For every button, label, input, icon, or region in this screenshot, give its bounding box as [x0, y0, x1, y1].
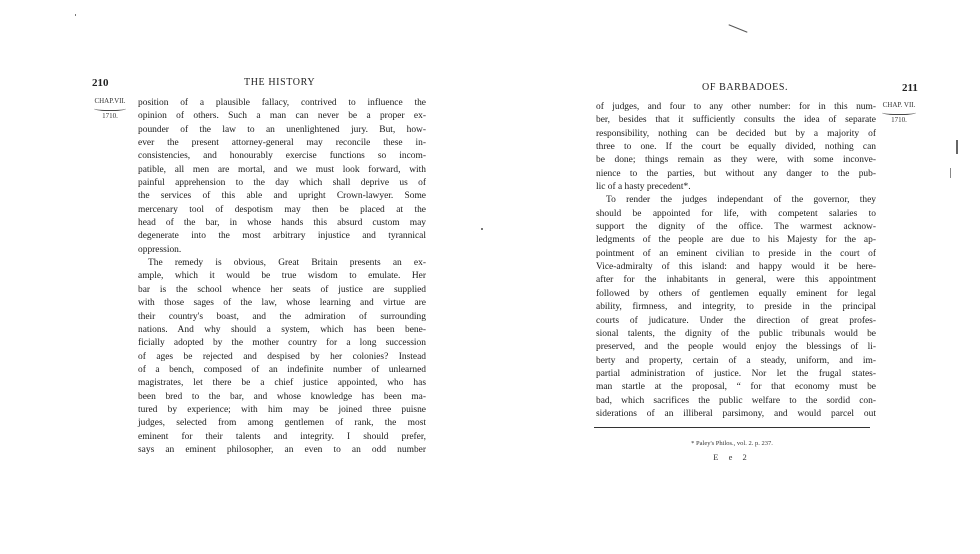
text-line: mercenary tool of despotism may then be … [138, 204, 426, 217]
text-line: bad, which sacrifices the public welfare… [596, 395, 876, 408]
text-line: oppression. [138, 244, 426, 257]
text-line: ample, which it would be true wisdom to … [138, 270, 426, 283]
text-line: consistencies, and honourably exercise f… [138, 150, 426, 163]
side-note-right: CHAP. VII. 1710. [878, 101, 920, 124]
running-head-left: THE HISTORY [244, 77, 315, 88]
text-line: pointment of an eminent civilian to pres… [596, 248, 876, 261]
chapter-label: CHAP. VII. [883, 101, 916, 109]
text-line: tured by experience; with him may be joi… [138, 404, 426, 417]
text-line: The remedy is obvious, Great Britain pre… [138, 257, 426, 270]
scan-speck [481, 228, 483, 230]
brace-decoration [882, 109, 916, 115]
text-line: berty and property, certain of a steady,… [596, 355, 876, 368]
text-line: magistrates, let there be a chief justic… [138, 377, 426, 390]
text-line: opinion of others. Such a man can never … [138, 110, 426, 123]
text-line: of ages be rejected and despised by her … [138, 351, 426, 364]
text-line: be done; things remain as they were, wit… [596, 154, 876, 167]
text-line: siderations of an illiberal parsimony, a… [596, 408, 876, 421]
text-line: responsibility, nothing can be decided b… [596, 128, 876, 141]
text-line: courts of judicature. Under the directio… [596, 315, 876, 328]
text-line: lic of a hasty precedent*. [596, 181, 876, 194]
text-line: head of the bar, in whose hands this abs… [138, 217, 426, 230]
text-line: the services of this able and upright Cr… [138, 190, 426, 203]
signature-mark: E e 2 [594, 452, 870, 462]
running-head-right: OF BARBADOES. [702, 82, 788, 93]
text-line: preserved, and the people would enjoy th… [596, 341, 876, 354]
left-page: 210 THE HISTORY CHAP.VII. 1710. position… [0, 0, 490, 554]
text-line: of a bench, composed of an indefinite nu… [138, 364, 426, 377]
text-line: eminent for their talents and integrity.… [138, 431, 426, 444]
text-line: three to one. If the court be equally di… [596, 141, 876, 154]
text-line: support the dignity of the office. The w… [596, 221, 876, 234]
text-line: sional talents, the dignity of the publi… [596, 328, 876, 341]
scan-speck [75, 14, 76, 16]
text-line: nations. And why should a system, which … [138, 324, 426, 337]
chapter-label: CHAP.VII. [94, 97, 125, 105]
text-line: judges, selected from among gentlemen of… [138, 417, 426, 430]
scan-mark [950, 168, 951, 178]
text-line: says an eminent philosopher, an even to … [138, 444, 426, 457]
side-note-left: CHAP.VII. 1710. [90, 97, 130, 120]
text-line: ability, firmness, and integrity, to pre… [596, 301, 876, 314]
footnote-rule [594, 427, 870, 428]
scan-mark [956, 140, 958, 154]
text-line: To render the judges independant of the … [596, 194, 876, 207]
text-line: ledgments of the people are due to his M… [596, 234, 876, 247]
text-line: patible, all men are mortal, and we must… [138, 164, 426, 177]
scan-mark [729, 24, 748, 32]
text-line: position of a plausible fallacy, contriv… [138, 97, 426, 110]
page-number-left: 210 [92, 77, 109, 89]
text-line: of judges, and four to any other number:… [596, 101, 876, 114]
text-line: ficially adopted by the mother country f… [138, 337, 426, 350]
text-line: painful apprehension to the day which sh… [138, 177, 426, 190]
year-label: 1710. [102, 112, 118, 120]
text-line: nience to the parties, but without any d… [596, 168, 876, 181]
text-line: their country's boast, and the admiratio… [138, 311, 426, 324]
text-line: degenerate into the most arbitrary injus… [138, 230, 426, 243]
text-line: been bred to the bar, and whose knowledg… [138, 391, 426, 404]
text-line: followed by others of gentlemen equally … [596, 288, 876, 301]
text-line: Vice-admiralty of this island: and happy… [596, 261, 876, 274]
body-text-left: position of a plausible fallacy, contriv… [138, 97, 426, 457]
text-line: pounder of the law to an unenlightened j… [138, 124, 426, 137]
text-line: should be appointed for life, with compe… [596, 208, 876, 221]
text-line: bar is the school whence her seats of ju… [138, 284, 426, 297]
text-line: ber, besides that it sufficiently consul… [596, 114, 876, 127]
brace-decoration [94, 105, 126, 111]
text-line: partial administration of justice. Nor l… [596, 368, 876, 381]
text-line: man startle at the proposal, “ for that … [596, 381, 876, 394]
text-line: with those sages of the law, whose learn… [138, 297, 426, 310]
body-text-right: of judges, and four to any other number:… [596, 101, 876, 421]
page-number-right: 211 [902, 82, 918, 94]
text-line: after for the inhabitants in general, we… [596, 274, 876, 287]
text-line: ever the present attorney-general may re… [138, 137, 426, 150]
right-page: OF BARBADOES. 211 CHAP. VII. 1710. of ju… [490, 0, 980, 554]
footnote: * Paley's Philos., vol. 2. p. 237. [594, 440, 870, 447]
year-label: 1710. [891, 116, 907, 124]
